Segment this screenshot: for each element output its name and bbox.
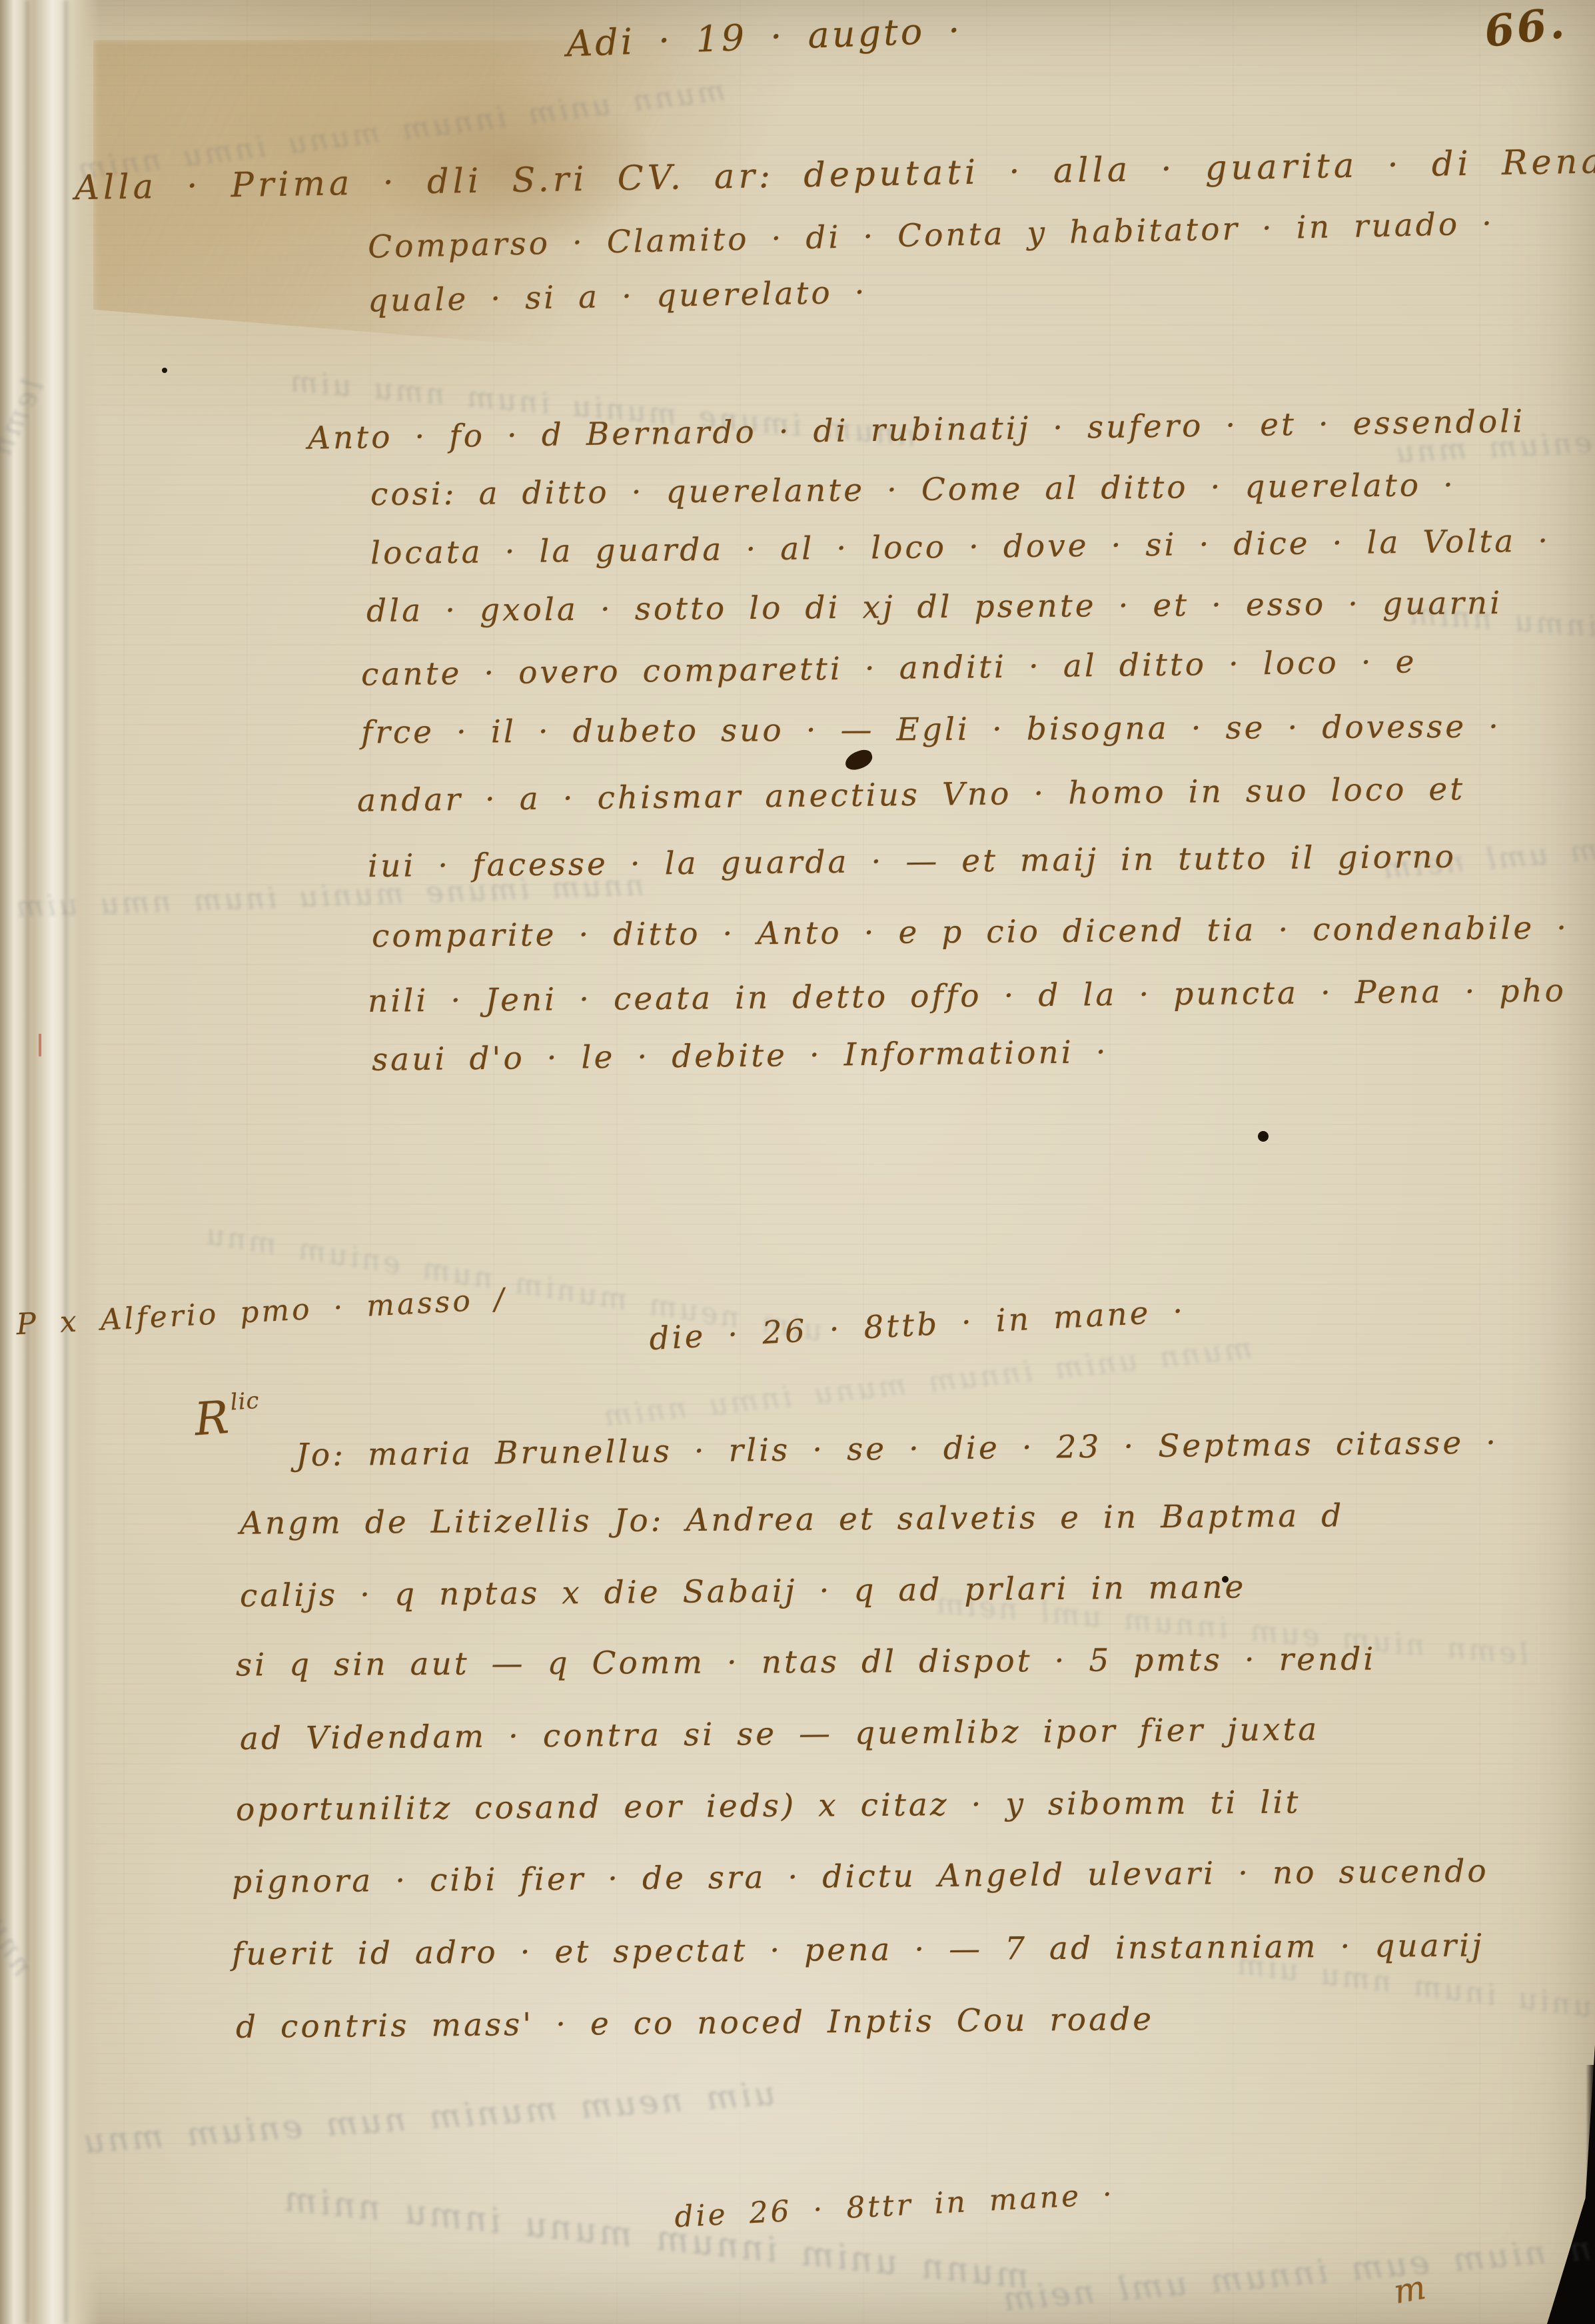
manuscript-line: andar · a · chismar anectius Vno · homo …	[357, 771, 1466, 819]
responsio-superscript: lic	[229, 1387, 260, 1416]
manuscript-line: ad Videndam · contra si se — quemlibz ip…	[240, 1711, 1320, 1757]
folio-number: 66.	[1482, 0, 1570, 57]
bleed-through-text: uim neum munim num enium mnu	[79, 2074, 776, 2161]
manuscript-line: si q sin aut — q Comm · ntas dl dispot ·…	[236, 1641, 1376, 1684]
manuscript-line: cosi: a ditto · querelante · Come al dit…	[370, 467, 1456, 513]
responsio-mark: Rlic	[193, 1387, 262, 1447]
manuscript-line: oportunilitz cosand eor ieds) x citaz · …	[236, 1784, 1301, 1828]
manuscript-line: saui d'o · le · debite · Informationi ·	[372, 1034, 1109, 1078]
manuscript-line: frce · il · dubeto suo · — Egli · bisogn…	[361, 709, 1501, 751]
gutter-fold-shadow	[25, 0, 29, 2324]
manuscript-line: d contris mass' · e co noced Inptis Cou …	[236, 2001, 1154, 2046]
red-margin-tick	[39, 1034, 41, 1056]
manuscript-line: iui · facesse · la guarda · — et maij in…	[368, 839, 1456, 885]
manuscript-line: comparite · ditto · Anto · e p cio dicen…	[372, 910, 1569, 955]
manuscript-page: munn unim innum munu inmu nnim lemn nium…	[0, 0, 1595, 2324]
manuscript-line: quale · si a · querelato ·	[368, 274, 867, 319]
gutter-fold-shadow	[64, 0, 68, 2324]
entry-date-heading: Adi · 19 · augto ·	[566, 9, 963, 65]
ink-speck	[1258, 1131, 1269, 1142]
manuscript-line: Jo: maria Brunellus · rlis · se · die · …	[296, 1425, 1499, 1474]
bleed-through-text: lemn nium eum innum uml neim	[999, 2223, 1595, 2319]
manuscript-line: cante · overo comparetti · anditi · al d…	[361, 643, 1417, 693]
manuscript-line: dla · gxola · sotto lo di xj dl psente ·…	[366, 585, 1503, 629]
manuscript-line: locata · la guarda · al · loco · dove · …	[370, 523, 1551, 572]
page-edge-shadow	[1586, 2065, 1595, 2324]
ink-blot	[843, 747, 875, 773]
manuscript-line: Angm de Litizellis Jo: Andrea et salveti…	[240, 1497, 1344, 1542]
manuscript-line: nili · Jeni · ceata in detto offo · d la…	[368, 972, 1566, 1020]
hearing-date-line: die 26 · 8ttr in mane ·	[674, 2177, 1115, 2235]
responsio-initial: R	[193, 1391, 233, 1447]
torn-corner-background	[1515, 2044, 1595, 2324]
manuscript-line: pignora · cibi fier · de sra · dictu Ang…	[232, 1853, 1489, 1900]
stray-ink-mark: m	[1390, 2267, 1431, 2311]
ink-speck	[162, 368, 167, 373]
